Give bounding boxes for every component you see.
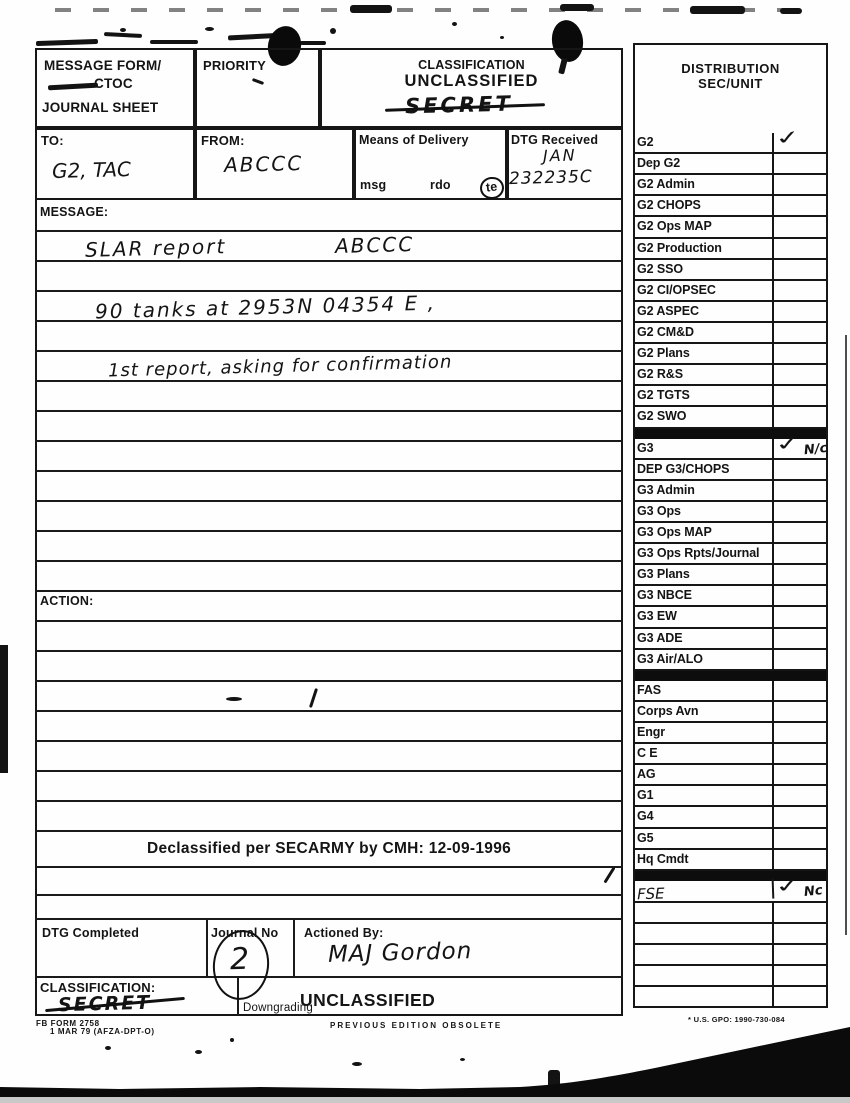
distribution-unit-label: G2 SSO [633,260,774,279]
distribution-row [633,903,828,924]
distribution-check-cell [774,502,828,521]
distribution-row: G2✓ [633,133,828,154]
priority-label: PRIORITY [203,58,266,73]
distribution-row: G2 ASPEC [633,302,828,323]
ruled-line [35,770,623,772]
distribution-row: G2 Ops MAP [633,217,828,238]
ruled-line [35,440,623,442]
scribble-mark [36,39,98,46]
scan-speck [452,22,457,26]
handwritten-note: Nc [803,883,823,900]
distribution-unit-label: G2 TGTS [633,386,774,405]
distribution-check-cell [774,260,828,279]
ruled-line [35,740,623,742]
distribution-row: G3 Admin [633,481,828,502]
distribution-row [633,924,828,945]
distribution-row: Dep G2 [633,154,828,175]
ruled-line [35,230,623,232]
distribution-unit-label: G2 Production [633,239,774,258]
checkmark-icon: ✓ [773,432,803,456]
checkmark-icon: ✓ [773,874,803,898]
distribution-unit-label: G3 Admin [633,481,774,500]
delivery-msg-option: msg [360,178,386,192]
distribution-check-cell: ✓N/c [774,439,828,458]
distribution-row: DEP G3/CHOPS [633,460,828,481]
ruled-line [35,650,623,652]
unclassified-stamp-bottom: UNCLASSIFIED [300,990,435,1011]
ruled-line [35,680,623,682]
distribution-row: G2 SSO [633,260,828,281]
distribution-separator-bar [633,671,828,681]
distribution-unit-label: G3 Air/ALO [633,650,774,669]
ruled-line [35,590,623,592]
distribution-check-cell [774,681,828,700]
scan-speck [120,28,126,32]
distribution-row: G2 CI/OPSEC [633,281,828,302]
distribution-unit-label: G2 Ops MAP [633,217,774,236]
distribution-unit-label: Corps Avn [633,702,774,721]
bottom-scan-band [0,1023,850,1103]
scan-speck [205,27,214,31]
scan-speck [690,6,745,14]
distribution-check-cell [774,586,828,605]
declassified-stamp: Declassified per SECARMY by CMH: 12-09-1… [35,840,623,858]
distribution-unit-label: G2 CM&D [633,323,774,342]
distribution-check-cell [774,217,828,236]
distribution-unit-label: G1 [633,786,774,805]
distribution-row: G2 CM&D [633,323,828,344]
stray-pen-mark [226,697,242,701]
distribution-check-cell: ✓ [774,133,828,152]
distribution-row: G3 ADE [633,629,828,650]
distribution-unit-label: G3 Ops [633,502,774,521]
distribution-unit-label: G2 [633,133,774,152]
cell-divider [206,918,208,976]
ruled-line [35,500,623,502]
distribution-unit-label: Engr [633,723,774,742]
distribution-unit-label: G3 Ops Rpts/Journal [633,544,774,563]
distribution-row: C E [633,744,828,765]
scan-speck [560,4,594,11]
ruled-line [35,620,623,622]
distribution-check-cell [774,807,828,826]
distribution-check-cell [774,365,828,384]
distribution-unit-label [633,945,774,964]
distribution-unit-label: G5 [633,829,774,848]
distribution-check-cell [774,650,828,669]
journal-no-value: 2 [230,942,250,977]
message-line1-left: SLAR report [85,234,227,262]
distribution-unit-label [633,903,774,922]
actioned-by-value: MAJ Gordon [328,938,473,968]
distribution-unit-label: G2 R&S [633,365,774,384]
distribution-unit-label [633,924,774,943]
form-title-line2: CTOC [94,76,133,91]
distribution-row: G2 SWO [633,407,828,428]
distribution-check-cell [774,407,828,426]
scan-speck [330,28,336,34]
distribution-unit-label: Dep G2 [633,154,774,173]
distribution-unit-label: G2 CHOPS [633,196,774,215]
distribution-check-cell [774,460,828,479]
distribution-row: FSE✓Nc [633,881,828,903]
distribution-row: FAS [633,681,828,702]
distribution-row [633,987,828,1008]
distribution-row [633,966,828,987]
distribution-check-cell: ✓Nc [774,881,828,901]
scribble-mark [150,40,198,44]
ruled-line [35,350,623,352]
action-label: ACTION: [40,594,93,608]
form-title-line3: JOURNAL SHEET [42,100,158,115]
distribution-unit-label: G2 CI/OPSEC [633,281,774,300]
dtg-received-value-line2: 232235C [509,167,593,189]
scribble-mark [300,41,326,45]
ruled-line [35,976,623,978]
distribution-row: Engr [633,723,828,744]
distribution-check-cell [774,196,828,215]
distribution-row: G1 [633,786,828,807]
ruled-line [35,830,623,832]
distribution-unit-label: AG [633,765,774,784]
distribution-check-cell [774,744,828,763]
distribution-check-cell [774,924,828,943]
handwritten-note: N/c [803,440,828,457]
distribution-row: G2 Admin [633,175,828,196]
ruled-line [35,560,623,562]
distribution-check-cell [774,607,828,626]
distribution-unit-label: G3 Ops MAP [633,523,774,542]
distribution-unit-label: DEP G3/CHOPS [633,460,774,479]
distribution-check-cell [774,386,828,405]
ruled-line [35,470,623,472]
ruled-line [35,894,623,896]
scan-speck [780,8,802,14]
distribution-unit-label: G2 Admin [633,175,774,194]
dtg-completed-label: DTG Completed [42,926,139,940]
distribution-check-cell [774,565,828,584]
distribution-check-cell [774,481,828,500]
distribution-check-cell [774,786,828,805]
distribution-row: Corps Avn [633,702,828,723]
distribution-row: G2 R&S [633,365,828,386]
distribution-rows: G2✓Dep G2G2 AdminG2 CHOPSG2 Ops MAPG2 Pr… [633,133,828,1008]
distribution-check-cell [774,323,828,342]
distribution-check-cell [774,987,828,1006]
distribution-row: G2 CHOPS [633,196,828,217]
distribution-check-cell [774,850,828,869]
distribution-row: G5 [633,829,828,850]
distribution-check-cell [774,629,828,648]
ruled-line [35,866,623,868]
distribution-row: G3 EW [633,607,828,628]
distribution-unit-label: G2 ASPEC [633,302,774,321]
distribution-row: Hq Cmdt [633,850,828,871]
distribution-unit-label [633,966,774,985]
delivery-label: Means of Delivery [359,133,469,147]
dtg-received-label: DTG Received [511,133,598,147]
distribution-row: G2 Plans [633,344,828,365]
distribution-row: G4 [633,807,828,828]
form-title-line1: MESSAGE FORM/ [44,58,161,73]
distribution-row: G2 Production [633,239,828,260]
distribution-unit-label: Hq Cmdt [633,850,774,869]
distribution-row: G3 Air/ALO [633,650,828,671]
ruled-line [35,530,623,532]
ruled-line [35,800,623,802]
distribution-check-cell [774,239,828,258]
distribution-unit-label [633,987,774,1006]
distribution-row: G3 Ops [633,502,828,523]
distribution-check-cell [774,966,828,985]
distribution-unit-label: G3 ADE [633,629,774,648]
distribution-unit-label: G4 [633,807,774,826]
distribution-check-cell [774,344,828,363]
ruled-line [35,918,623,920]
distribution-header-line1: DISTRIBUTION [633,61,828,76]
distribution-check-cell [774,702,828,721]
scribble-mark [104,32,142,38]
message-line1-right: ABCCC [335,232,415,258]
to-label: TO: [41,133,64,148]
distribution-unit-label: G3 [633,439,774,458]
right-scan-line [845,335,847,935]
scan-speck [350,5,392,13]
distribution-unit-label: G2 SWO [633,407,774,426]
bottom-gray-edge [0,1097,850,1103]
distribution-check-cell [774,281,828,300]
distribution-check-cell [774,302,828,321]
scanned-message-form-page: MESSAGE FORM/ CTOC JOURNAL SHEET PRIORIT… [0,0,850,1103]
classification-label: CLASSIFICATION [320,58,623,72]
distribution-unit-label: G3 Plans [633,565,774,584]
distribution-unit-label: FSE [633,878,775,903]
distribution-unit-label: FAS [633,681,774,700]
distribution-unit-label: G3 EW [633,607,774,626]
distribution-check-cell [774,544,828,563]
distribution-row [633,945,828,966]
dtg-received-value-line1: JAN [543,146,577,166]
distribution-check-cell [774,765,828,784]
unclassified-stamp-top: UNCLASSIFIED [320,72,623,91]
distribution-check-cell [774,154,828,173]
distribution-row: G3✓N/c [633,439,828,460]
from-label: FROM: [201,133,245,148]
distribution-row: G3 Plans [633,565,828,586]
distribution-check-cell [774,523,828,542]
cell-divider [293,918,295,976]
message-label: MESSAGE: [40,205,108,219]
ruled-line [35,710,623,712]
distribution-header-line2: SEC/UNIT [633,76,828,91]
distribution-check-cell [774,945,828,964]
distribution-check-cell [774,723,828,742]
distribution-row: AG [633,765,828,786]
delivery-rdo-option: rdo [430,178,451,192]
distribution-unit-label: C E [633,744,774,763]
ruled-line [35,290,623,292]
ruled-line [35,410,623,412]
scan-speck [500,36,504,39]
actioned-by-label: Actioned By: [304,926,384,940]
distribution-header: DISTRIBUTION SEC/UNIT [633,43,828,133]
distribution-check-cell [774,175,828,194]
distribution-row: G3 Ops MAP [633,523,828,544]
from-value: ABCCC [224,151,304,177]
scan-noise-band [55,8,795,12]
to-value: G2, TAC [52,157,132,183]
distribution-unit-label: G2 Plans [633,344,774,363]
distribution-row: G3 Ops Rpts/Journal [633,544,828,565]
distribution-check-cell [774,829,828,848]
distribution-check-cell [774,903,828,922]
left-scan-strip [0,645,8,773]
distribution-unit-label: G3 NBCE [633,586,774,605]
distribution-row: G2 TGTS [633,386,828,407]
distribution-row: G3 NBCE [633,586,828,607]
checkmark-icon: ✓ [773,126,803,150]
